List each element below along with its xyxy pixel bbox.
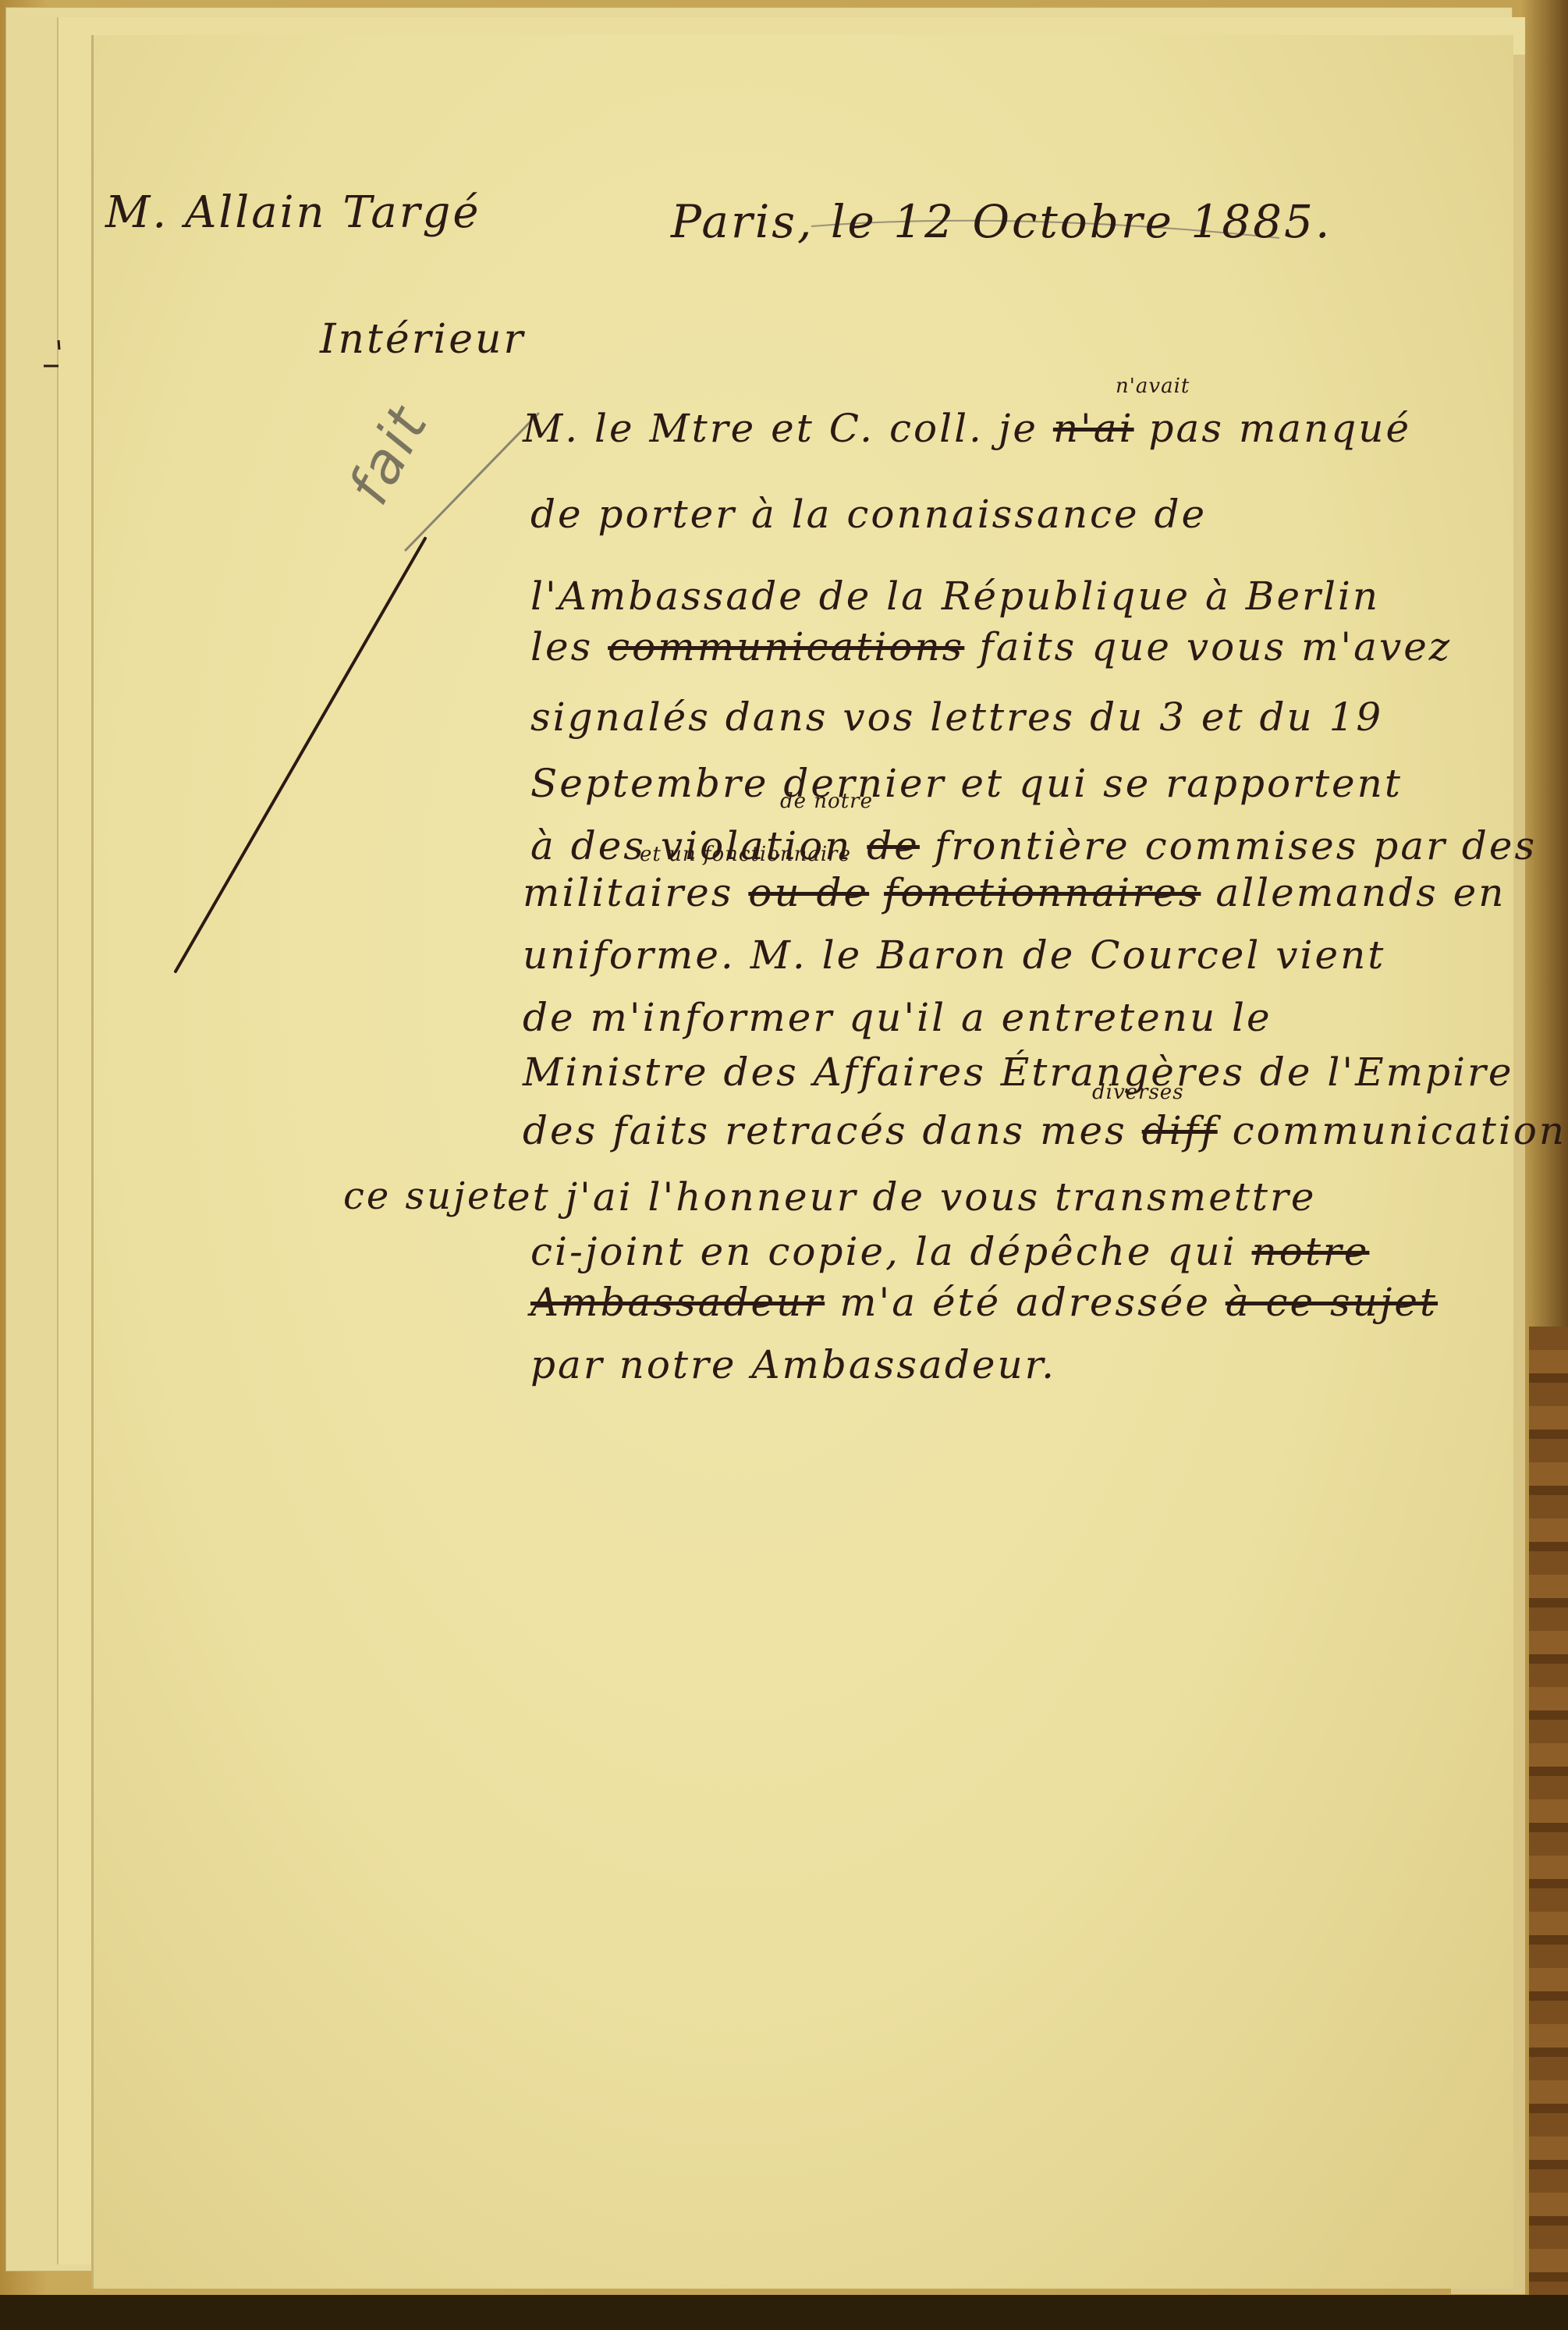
body-line-12: des faits retracés dans mes diff communi… [523,1108,1568,1153]
body-line-2: de porter à la connaissance de [530,492,1207,537]
body-line-15: Ambassadeur m'a été adressée à ce sujet [530,1280,1438,1325]
body-line-9: uniforme. M. le Baron de Courcel vient [523,932,1385,978]
body-line-6: Septembre dernier et qui se rapportent [530,761,1403,806]
body-line-16: par notre Ambassadeur. [530,1342,1056,1387]
insertion-above-line-7: de notre [780,790,873,813]
insertion-above-line-12: diverses [1092,1081,1184,1104]
margin-note: ce sujet [343,1174,509,1218]
pencil-margin-note: fait [335,394,441,514]
insertion-above-line-1: n'avait [1116,375,1190,398]
body-line-1: M. le Mtre et C. coll. je n'ai pas manqu… [523,406,1411,451]
body-line-3: l'Ambassade de la République à Berlin [530,574,1380,619]
body-line-5: signalés dans vos lettres du 3 et du 19 [530,694,1383,740]
department: Intérieur [320,316,525,363]
letter-text: M. Allain Targé Intérieur Paris, le 12 O… [0,0,1568,2330]
body-line-11: Ministre des Affaires Étrangères de l'Em… [523,1050,1514,1095]
insertion-above-line-8: et un fonctionnaire [640,843,851,866]
body-line-10: de m'informer qu'il a entretenu le [523,995,1272,1040]
addressee: M. Allain Targé [105,187,481,238]
body-line-13: et j'ai l'honneur de vous transmettre [507,1174,1317,1220]
place-date: Paris, le 12 Octobre 1885. [671,195,1332,248]
body-line-4: les communications faits que vous m'avez [530,624,1452,670]
body-line-14: ci-joint en copie, la dépêche qui notre [530,1229,1369,1274]
body-line-8: militaires ou de fonctionnaires allemand… [523,870,1506,915]
